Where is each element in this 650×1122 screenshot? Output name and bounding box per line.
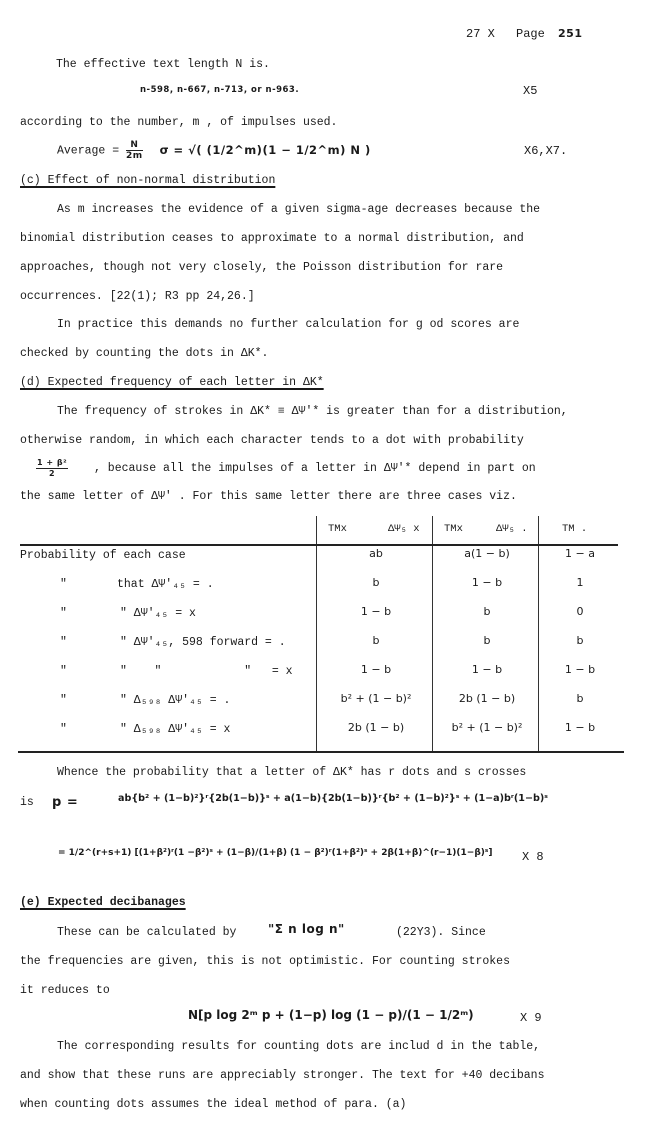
section-c-line: binomial distribution ceases to approxim… [20, 232, 524, 245]
fraction-denominator: 2m [126, 151, 143, 161]
table-cell: ab [320, 547, 432, 560]
section-e-line: the frequencies are given, this is not o… [20, 955, 510, 968]
column-header: TMx ΔΨ₅ . [444, 523, 463, 535]
n-values: n-598, n-667, n-713, or n-963. [140, 85, 299, 95]
equation-ref-x9: X 9 [520, 1011, 542, 1025]
whence-text: Whence the probability that a letter of … [57, 766, 526, 779]
fraction-numerator: 1 + β² [36, 458, 68, 469]
section-c-line: occurrences. [22(1); R3 pp 24,26.] [20, 290, 255, 303]
impulses-text: according to the number, m , of impulses… [20, 116, 337, 129]
section-d-line: the same letter of ΔΨ' . For this same l… [20, 490, 517, 503]
table-cell: 1 − b [542, 721, 618, 734]
ditto-mark: " [60, 607, 67, 620]
table-row-label: " ΔΨ'₄₅, 598 forward = . [120, 636, 286, 649]
table-cell: a(1 − b) [436, 547, 538, 560]
column-header: TMx ΔΨ₅ x [328, 523, 347, 535]
table-divider [316, 516, 317, 752]
section-d-line: The frequency of strokes in ΔK* ≡ ΔΨ'* i… [57, 405, 568, 418]
table-cell: b [320, 576, 432, 589]
section-e-line: (22Y3). Since [396, 926, 486, 939]
average-fraction: N 2m [126, 140, 143, 161]
probability-formula-simplified: = 1/2^(r+s+1) [(1+β²)ʳ(1 −β²)ˢ + (1−β)/(… [58, 848, 492, 858]
ditto-mark: " [60, 665, 67, 678]
section-c-heading: (c) Effect of non-normal distribution [20, 174, 275, 187]
table-cell: 1 [542, 576, 618, 589]
section-reference: 27 X [466, 27, 495, 41]
effective-length-text: The effective text length N is. [56, 58, 270, 71]
column-header-right: ΔΨ₅ x [388, 523, 420, 535]
column-header-right: ΔΨ₅ . [496, 523, 528, 535]
ditto-mark: " [60, 578, 67, 591]
closing-line: when counting dots assumes the ideal met… [20, 1098, 406, 1111]
equation-ref-x5: X5 [523, 84, 537, 98]
decibanage-formula: N[p log 2ᵐ p + (1−p) log (1 − p)/(1 − 1/… [188, 1008, 474, 1022]
table-cell: b² + (1 − b)² [436, 721, 538, 734]
fraction-numerator: N [126, 140, 143, 151]
table-cell: 1 − b [436, 576, 538, 589]
table-divider [432, 516, 433, 752]
column-header: TM . [562, 523, 587, 535]
table-row-label: " ΔΨ'₄₅ = x [120, 607, 196, 620]
sigma-formula: σ = √( (1/2^m)(1 − 1/2^m) N ) [160, 143, 371, 157]
formula-body: [(1+β²)ʳ(1 −β²)ˢ + (1−β)/(1+β) (1 − β²)ʳ… [135, 848, 493, 858]
table-cell: b² + (1 − b)² [320, 692, 432, 705]
table-row-label: " Δ₅₉₈ ΔΨ'₄₅ = x [120, 723, 230, 736]
table-row-label: Probability of each case [20, 549, 186, 562]
table-header-rule [20, 544, 618, 546]
page-number: 251 [558, 27, 582, 40]
table-cell: 2b (1 − b) [436, 692, 538, 705]
equation-ref-x8: X 8 [522, 850, 544, 864]
section-c-line: checked by counting the dots in ΔK*. [20, 347, 268, 360]
table-cell: 1 − b [320, 663, 432, 676]
table-cell: 1 − b [436, 663, 538, 676]
section-e-line: it reduces to [20, 984, 110, 997]
table-cell: 0 [542, 605, 618, 618]
probability-formula: ab{b² + (1−b)²}ʳ{2b(1−b)}ˢ + a(1−b){2b(1… [118, 793, 548, 804]
table-cell: b [320, 634, 432, 647]
table-cell: 1 − b [320, 605, 432, 618]
table-cell: 2b (1 − b) [320, 721, 432, 734]
table-cell: b [542, 634, 618, 647]
table-divider [538, 516, 539, 752]
section-e-line: These can be calculated by [57, 926, 236, 939]
table-cell: b [436, 634, 538, 647]
closing-line: The corresponding results for counting d… [57, 1040, 540, 1053]
page-label: Page [516, 27, 545, 41]
section-d-line: otherwise random, in which each characte… [20, 434, 524, 447]
column-header-left: TMx [328, 523, 347, 535]
p-symbol: p = [52, 795, 78, 810]
column-header-left: TMx [444, 523, 463, 535]
closing-line: and show that these runs are appreciably… [20, 1069, 545, 1082]
ditto-mark: " [60, 694, 67, 707]
fraction-denominator: 2 [36, 469, 68, 479]
formula-prefix: = 1/2^(r+s+1) [58, 848, 131, 858]
section-c-line: As m increases the evidence of a given s… [57, 203, 540, 216]
equation-ref-x6-x7: X6,X7. [524, 144, 567, 158]
table-row-label: that ΔΨ'₄₅ = . [117, 578, 214, 591]
table-cell: 1 − b [542, 663, 618, 676]
probability-fraction: 1 + β² 2 [36, 458, 68, 479]
is-label: is [20, 796, 34, 809]
average-label: Average = [57, 145, 119, 158]
table-cell: 1 − a [542, 547, 618, 560]
section-c-line: In practice this demands no further calc… [57, 318, 519, 331]
table-cell: b [436, 605, 538, 618]
section-d-line: , because all the impulses of a letter i… [94, 462, 536, 475]
average-formula: Average = N 2m σ = √( (1/2^m)(1 − 1/2^m)… [57, 140, 371, 161]
section-c-line: approaches, though not very closely, the… [20, 261, 503, 274]
table-row-label: " " " = x [120, 665, 293, 678]
ditto-mark: " [60, 723, 67, 736]
column-header-left: TM . [562, 523, 587, 535]
table-cell: b [542, 692, 618, 705]
section-e-heading: (e) Expected decibanages [20, 896, 186, 909]
table-row-label: " Δ₅₉₈ ΔΨ'₄₅ = . [120, 694, 230, 707]
ditto-mark: " [60, 636, 67, 649]
sum-n-log-n-formula: "Σ n log n" [268, 922, 345, 936]
table-bottom-rule [18, 751, 624, 753]
page-reference: 27 X Page 251 [466, 27, 583, 41]
section-d-heading: (d) Expected frequency of each letter in… [20, 376, 324, 389]
